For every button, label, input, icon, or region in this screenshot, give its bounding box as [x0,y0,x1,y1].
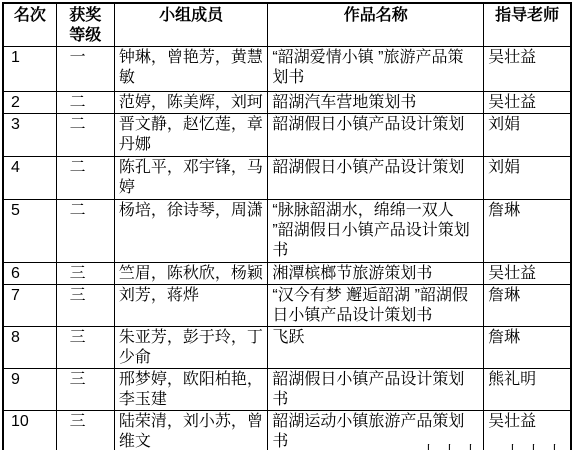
table-header-row: 名次 获奖 等级 小组成员 作品名称 指导老师 [3,3,571,47]
cell-rank: 1 [3,47,56,92]
cell-advisor: 詹琳 [484,285,571,327]
awards-table: 名次 获奖 等级 小组成员 作品名称 指导老师 1一钟琳，曾艳芳，黄慧敏“韶湖爱… [2,2,572,450]
cell-level: 三 [56,263,114,285]
cell-members: 陆荣清，刘小苏，曾维文 [114,411,268,450]
cell-rank: 7 [3,285,56,327]
cell-work: 韶湖汽车营地策划书 [268,92,484,114]
cell-level: 三 [56,369,114,411]
document-page: 名次 获奖 等级 小组成员 作品名称 指导老师 1一钟琳，曾艳芳，黄慧敏“韶湖爱… [0,0,575,450]
cell-members: 邢梦婷，欧阳柏艳，李玉建 [114,369,268,411]
cell-level: 一 [56,47,114,92]
cell-work: “汉今有梦 邂逅韶湖 ”韶湖假日小镇产品设计策划书 [268,285,484,327]
cell-rank: 10 [3,411,56,450]
cell-members: 竺眉，陈秋欣，杨颖 [114,263,268,285]
header-members: 小组成员 [114,3,268,47]
table-body: 1一钟琳，曾艳芳，黄慧敏“韶湖爱情小镇 ”旅游产品策划书吴壮益2二范婷，陈美辉，… [3,47,571,450]
cell-advisor: 熊礼明 [484,369,571,411]
cell-members: 晋文静，赵忆莲，章丹娜 [114,114,268,157]
cell-advisor: 刘娟 [484,157,571,200]
table-row: 2二范婷，陈美辉，刘珂韶湖汽车营地策划书吴壮益 [3,92,571,114]
cell-work: 韶湖假日小镇产品设计策划 [268,114,484,157]
cell-members: 朱亚芳，彭于玲，丁少俞 [114,327,268,369]
cell-advisor: 詹琳 [484,327,571,369]
cell-level: 三 [56,411,114,450]
table-row: 7三刘芳，蒋烨“汉今有梦 邂逅韶湖 ”韶湖假日小镇产品设计策划书詹琳 [3,285,571,327]
clipped-bottom-text: 丨丨丨 丨丨丨丨 [421,444,573,450]
cell-level: 二 [56,200,114,263]
table-row: 6三竺眉，陈秋欣，杨颖湘潭槟榔节旅游策划书吴壮益 [3,263,571,285]
cell-rank: 3 [3,114,56,157]
cell-level: 三 [56,327,114,369]
cell-level: 三 [56,285,114,327]
cell-members: 范婷，陈美辉，刘珂 [114,92,268,114]
table-row: 5二杨培，徐诗琴，周潇“脉脉韶湖水，绵绵一双人 ”韶湖假日小镇产品设计策划书詹琳 [3,200,571,263]
cell-work: “脉脉韶湖水，绵绵一双人 ”韶湖假日小镇产品设计策划书 [268,200,484,263]
cell-advisor: 吴壮益 [484,263,571,285]
cell-advisor: 刘娟 [484,114,571,157]
cell-members: 陈孔平，邓宇锋，马婷 [114,157,268,200]
cell-work: “韶湖爱情小镇 ”旅游产品策划书 [268,47,484,92]
cell-advisor: 詹琳 [484,200,571,263]
cell-level: 二 [56,157,114,200]
cell-work: 湘潭槟榔节旅游策划书 [268,263,484,285]
table-row: 4二陈孔平，邓宇锋，马婷韶湖假日小镇产品设计策划刘娟 [3,157,571,200]
header-advisor: 指导老师 [484,3,571,47]
cell-rank: 4 [3,157,56,200]
cell-advisor: 吴壮益 [484,92,571,114]
cell-members: 钟琳，曾艳芳，黄慧敏 [114,47,268,92]
cell-level: 二 [56,92,114,114]
table-row: 8三朱亚芳，彭于玲，丁少俞飞跃詹琳 [3,327,571,369]
cell-rank: 9 [3,369,56,411]
cell-members: 刘芳，蒋烨 [114,285,268,327]
header-level: 获奖 等级 [56,3,114,47]
cell-rank: 8 [3,327,56,369]
cell-rank: 2 [3,92,56,114]
cell-work: 韶湖假日小镇产品设计策划书 [268,369,484,411]
header-rank: 名次 [3,3,56,47]
cell-advisor: 吴壮益 [484,47,571,92]
cell-rank: 5 [3,200,56,263]
cell-rank: 6 [3,263,56,285]
table-row: 1一钟琳，曾艳芳，黄慧敏“韶湖爱情小镇 ”旅游产品策划书吴壮益 [3,47,571,92]
cell-level: 二 [56,114,114,157]
table-row: 3二晋文静，赵忆莲，章丹娜韶湖假日小镇产品设计策划刘娟 [3,114,571,157]
table-row: 9三邢梦婷，欧阳柏艳，李玉建韶湖假日小镇产品设计策划书熊礼明 [3,369,571,411]
cell-members: 杨培，徐诗琴，周潇 [114,200,268,263]
cell-work: 飞跃 [268,327,484,369]
header-work: 作品名称 [268,3,484,47]
cell-work: 韶湖假日小镇产品设计策划 [268,157,484,200]
